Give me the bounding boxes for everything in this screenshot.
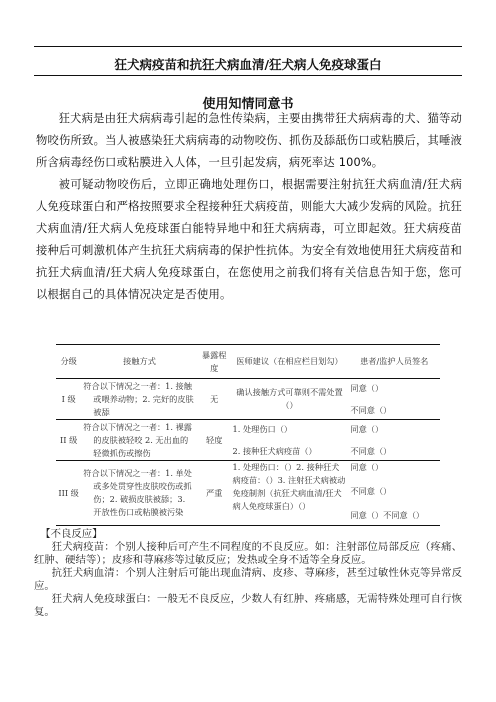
table-row: III 级 符合以下情况之一者：1. 单处或多处贯穿性皮肤咬伤或抓伤；2. 破损… [56, 461, 440, 526]
adverse-heading: 【不良反应】 [34, 528, 462, 541]
consent-cell: 同意（） 不同意（） 同意（）不同意（） [348, 461, 440, 526]
contact-cell: 符合以下情况之一者：1. 接触或喂养动物；2. 完好的皮肤被舔 [81, 379, 198, 420]
table-row: II 级 符合以下情况之一者：1. 裸露的皮肤被轻咬 2. 无出血的轻微抓伤或擦… [56, 420, 440, 461]
exposure-grade-table: 分级 接触方式 暴露程度 医师建议（在相应栏目划勾） 患者/监护人员签名 I 级… [56, 344, 440, 526]
header-grade: 分级 [56, 345, 81, 379]
consent-agree-or-disagree[interactable]: 同意（）不同意（） [350, 509, 438, 522]
adverse-paragraph: 狂犬病人免疫球蛋白：一般无不良反应，少数人有红肿、疼痛感，无需特殊处理可自行恢复… [34, 593, 462, 619]
document-title: 狂犬病疫苗和抗狂犬病血清/狂犬病人免疫球蛋白 [34, 55, 462, 73]
intro-section: 狂犬病是由狂犬病病毒引起的急性传染病，主要由携带狂犬病病毒的犬、猫等动物咬伤所致… [36, 108, 462, 306]
grade-cell: I 级 [56, 379, 81, 420]
consent-agree[interactable]: 同意（） [350, 461, 438, 474]
advice-cell: 确认接触方式可靠则不需处置（） [231, 379, 349, 420]
header-signature: 患者/监护人员签名 [348, 345, 440, 379]
adverse-paragraph: 狂犬病疫苗：个别人接种后可产生不同程度的不良反应。如：注射部位局部反应（疼痛、红… [34, 541, 462, 567]
header-rule-top [34, 46, 462, 47]
consent-agree[interactable]: 同意（） [350, 423, 438, 436]
exposure-cell: 严重 [198, 461, 231, 526]
contact-cell: 符合以下情况之一者：1. 裸露的皮肤被轻咬 2. 无出血的轻微抓伤或擦伤 [81, 420, 198, 461]
exposure-cell: 无 [198, 379, 231, 420]
header-contact: 接触方式 [81, 345, 198, 379]
contact-cell: 符合以下情况之一者：1. 单处或多处贯穿性皮肤咬伤或抓伤；2. 破损皮肤被舔；3… [81, 461, 198, 526]
table-row: I 级 符合以下情况之一者：1. 接触或喂养动物；2. 完好的皮肤被舔 无 确认… [56, 379, 440, 420]
adverse-reactions-section: 【不良反应】 狂犬病疫苗：个别人接种后可产生不同程度的不良反应。如：注射部位局部… [34, 528, 462, 619]
consent-disagree[interactable]: 不同意（） [350, 485, 438, 498]
advice-option[interactable]: 1. 处理伤口：（）2. 接种狂犬病疫苗：（）3. 注射狂犬病被动免疫制剂（抗狂… [233, 462, 346, 511]
consent-cell: 同意（） 不同意（） [348, 379, 440, 420]
grade-cell: II 级 [56, 420, 81, 461]
consent-disagree[interactable]: 不同意（） [350, 404, 438, 417]
header-exposure: 暴露程度 [198, 345, 231, 379]
grade-cell: III 级 [56, 461, 81, 526]
consent-disagree[interactable]: 不同意（） [350, 445, 438, 458]
advice-option[interactable]: 2. 接种狂犬病疫苗（） [233, 445, 347, 458]
header-rule-bottom [34, 75, 462, 76]
advice-cell: 1. 处理伤口：（）2. 接种狂犬病疫苗：（）3. 注射狂犬病被动免疫制剂（抗狂… [231, 461, 349, 526]
adverse-paragraph: 抗狂犬病血清：个别人注射后可能出现血清病、皮疹、荨麻疹，甚至过敏性休克等异常反应… [34, 567, 462, 593]
table-header-row: 分级 接触方式 暴露程度 医师建议（在相应栏目划勾） 患者/监护人员签名 [56, 345, 440, 379]
advice-option[interactable]: 确认接触方式可靠则不需处置（） [236, 387, 342, 410]
consent-cell: 同意（） 不同意（） [348, 420, 440, 461]
intro-paragraph: 狂犬病是由狂犬病病毒引起的急性传染病，主要由携带狂犬病病毒的犬、猫等动物咬伤所致… [36, 108, 462, 174]
header-advice: 医师建议（在相应栏目划勾） [231, 345, 349, 379]
advice-option[interactable]: 1. 处理伤口（） [233, 423, 347, 436]
advice-cell: 1. 处理伤口（） 2. 接种狂犬病疫苗（） [231, 420, 349, 461]
intro-paragraph: 被可疑动物咬伤后，立即正确地处理伤口，根据需要注射抗狂犬病血清/狂犬病人免疫球蛋… [36, 174, 462, 306]
consent-agree[interactable]: 同意（） [350, 382, 438, 395]
exposure-cell: 轻度 [198, 420, 231, 461]
